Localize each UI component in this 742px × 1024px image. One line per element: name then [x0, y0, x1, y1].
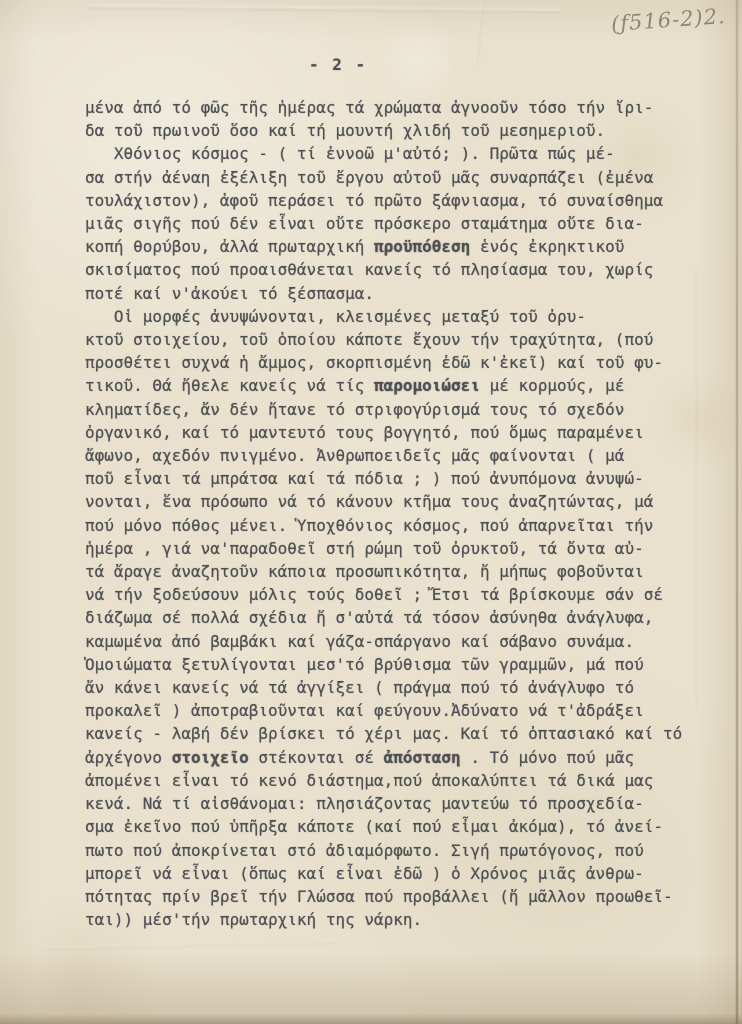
text-line: Οἱ μορφές ἀνυψώνονται, κλεισμένες μεταξύ… [85, 305, 705, 328]
text-line: μένα ἀπό τό φῶς τῆς ἡμέρας τά χρώματα ἀγ… [85, 96, 705, 119]
text-line: πωτο πού ἀποκρίνεται στό ἀδιαμόρφωτο. Σι… [85, 839, 705, 862]
paper-crease [40, 941, 340, 950]
text-line: κενά. Νά τί αἰσθάνομαι: πλησιάζοντας μαν… [85, 792, 705, 815]
text-line: Ὁμοιώματα ξετυλίγονται μεσ'τό βρύθισμα τ… [85, 653, 705, 676]
text-line: νά τήν ξοδεύσουν μόλις τούς δοθεῖ ; Ἔτσι… [85, 583, 705, 606]
text-line: νονται, ἕνα πρόσωπο νά τό κάνουν κτῆμα τ… [85, 490, 705, 513]
text-line: διάζωμα σέ πολλά σχέδια ἤ σ'αὐτά τά τόσο… [85, 606, 705, 629]
typewritten-text: μένα ἀπό τό φῶς τῆς ἡμέρας τά χρώματα ἀγ… [85, 96, 705, 931]
text-line: πού μόνο πόθος μένει. Ὑποχθόνιος κόσμος,… [85, 514, 705, 537]
text-line: ἄφωνο, αχεδόν πνιγμένο. Ἀνθρωποειδεῖς μᾶ… [85, 444, 705, 467]
text-line: μιᾶς σιγῆς πού δέν εἶναι οὔτε πρόσκερο σ… [85, 212, 705, 235]
text-line: ἡμέρα , γιά να'παραδοθεῖ στή ρώμη τοῦ ὀρ… [85, 537, 705, 560]
text-line: καμωμένα ἀπό βαμβάκι καί γάζα-σπάργανο κ… [85, 630, 705, 653]
handwritten-annotation: (ƒ516-2)2. [611, 4, 727, 36]
text-line: κληματίδες, ἄν δέν ἤτανε τό στριφογύρισμ… [85, 398, 705, 421]
text-line: προσθέτει συχνά ἡ ἄμμος, σκορπισμένη ἐδῶ… [85, 351, 705, 374]
text-line: ἀπομένει εἶναι τό κενό διάστημα,πού ἀποκ… [85, 769, 705, 792]
paper-crease [475, 0, 485, 64]
text-line: ται)) μέσ'τήν πρωταρχική της νάρκη. [85, 908, 705, 931]
page-number: - 2 - [309, 55, 367, 74]
text-line: σμα ἐκεῖνο πού ὑπῆρξα κάποτε (καί πού εἶ… [85, 815, 705, 838]
text-line: κανείς - λαβή δέν βρίσκει τό χέρι μας. Κ… [85, 722, 705, 745]
text-line: κτοῦ στοιχείου, τοῦ ὁποίου κάποτε ἔχουν … [85, 328, 705, 351]
paper-crease [90, 5, 560, 13]
scanned-page: (ƒ516-2)2. - 2 - μένα ἀπό τό φῶς τῆς ἡμέ… [0, 0, 742, 1024]
page-edge-shadow [0, 1014, 742, 1024]
text-line: ἀρχέγονο στοιχεῖο στέκονται σέ ἀπόσταση … [85, 746, 705, 769]
text-line: τουλάχιστον), ἀφοῦ περάσει τό πρῶτο ξάφν… [85, 189, 705, 212]
text-line: ποῦ εἶναι τά μπράτσα καί τά πόδια ; ) πο… [85, 467, 705, 490]
text-line: ὀργανικό, καί τό μαντευτό τους βογγητό, … [85, 421, 705, 444]
text-line: ποτέ καί ν'ἀκούει τό ξέσπασμα. [85, 282, 705, 305]
text-line: Χθόνιος κόσμος - ( τί ἐννοῶ μ'αὐτό; ). Π… [85, 142, 705, 165]
text-line: τά ἄραγε ἀναζητοῦν κάποια προσωπικότητα,… [85, 560, 705, 583]
text-line: σα στήν ἀέναη ἐξέλιξη τοῦ ἔργου αὐτοῦ μᾶ… [85, 166, 705, 189]
page-edge-shadow [736, 0, 738, 1024]
text-line: δα τοῦ πρωινοῦ ὅσο καί τή μουντή χλιδή τ… [85, 119, 705, 142]
text-line: σκισίματος πού προαισθάνεται κανείς τό π… [85, 258, 705, 281]
text-line: κοπή θορύβου, ἀλλά πρωταρχική προϋπόθεση… [85, 235, 705, 258]
text-line: ἄν κάνει κανείς νά τά ἀγγίξει ( πράγμα π… [85, 676, 705, 699]
text-line: προκαλεῖ ) ἀποτραβιοῦνται καί φεύγουν.Ἀδ… [85, 699, 705, 722]
text-line: πότητας πρίν βρεῖ τήν Γλώσσα πού προβάλλ… [85, 885, 705, 908]
text-line: τικοῦ. Θά ἤθελε κανείς νά τίς παρομοιώσε… [85, 374, 705, 397]
text-line: μπορεῖ νά εἶναι (ὅπως καί εἶναι ἐδῶ ) ὁ … [85, 862, 705, 885]
